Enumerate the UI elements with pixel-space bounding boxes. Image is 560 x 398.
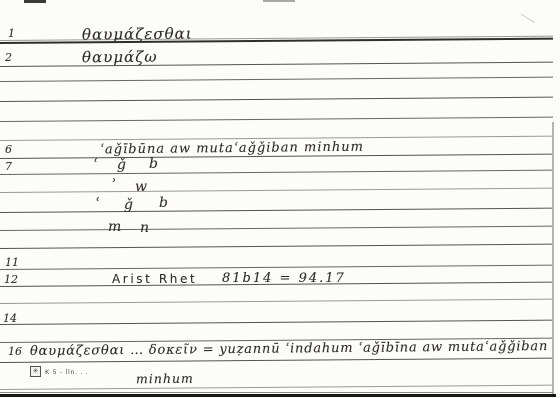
root-letter-gim: ǧ — [117, 157, 126, 173]
ruled-line — [0, 117, 553, 122]
root-letter-gim: ǧ — [124, 197, 133, 213]
line-number-12: 12 — [4, 273, 18, 286]
ruled-line — [0, 320, 553, 326]
root-letter-waw: w — [135, 179, 147, 195]
line-number-2: 2 — [5, 51, 12, 64]
ruled-line — [0, 97, 553, 103]
root-letter-mim: m — [108, 219, 121, 235]
ruled-line — [0, 226, 553, 231]
ruled-line — [0, 385, 553, 390]
line-number-6: 6 — [5, 143, 12, 156]
entry-continuation-minhum: minhum — [136, 371, 194, 387]
ruled-line — [0, 188, 553, 193]
root-letter-hamza: ʾ — [111, 177, 115, 193]
ruled-line — [0, 77, 553, 82]
root-letter-ba: b — [159, 195, 168, 211]
paper-right-edge — [552, 122, 554, 396]
archive-stamp: ✳ K 5 - lln. . . — [30, 366, 88, 377]
root-letter-nun: n — [140, 220, 149, 236]
arabic-gloss-transliteration: ʿaǧībūna aw mutaʿaǧǧiban minhum — [100, 140, 364, 158]
line-number-11: 11 — [5, 256, 19, 269]
line-number-16: 16 — [8, 345, 22, 358]
greek-headword-thaumazo: θαυμάζω — [82, 48, 158, 67]
root-letter-ayn: ʿ — [95, 196, 99, 212]
line-number-7: 7 — [5, 160, 12, 173]
scan-artifact — [521, 14, 535, 23]
ruled-line — [0, 299, 553, 304]
index-card-scan: 1 θαυμάζεσθαι 2 θαυμάζω 6 ʿaǧībūna aw mu… — [0, 0, 560, 398]
line-number-14: 14 — [3, 312, 17, 325]
greek-headword-thaumazesthai: θαυμάζεσθαι — [82, 24, 193, 43]
stamp-label: K 5 - lln. . . — [45, 368, 88, 376]
ruled-line — [0, 208, 553, 214]
ruled-line — [0, 358, 553, 364]
paper-bottom-edge — [0, 392, 553, 393]
ruled-line — [0, 244, 553, 250]
scan-artifact — [24, 0, 46, 3]
citation-reference-numbers: 81b14 = 94.17 — [222, 271, 346, 286]
root-letter-ayn: ʿ — [93, 157, 97, 173]
stamp-icon: ✳ — [30, 366, 41, 377]
root-letter-ba: b — [149, 156, 158, 172]
paper-bottom-edge — [0, 394, 556, 397]
citation-arist-rhet: Arist Rhet — [112, 272, 197, 286]
ruled-line — [0, 170, 553, 175]
scan-artifact — [263, 0, 295, 2]
ruled-line — [0, 265, 553, 270]
line-number-1: 1 — [8, 27, 15, 40]
